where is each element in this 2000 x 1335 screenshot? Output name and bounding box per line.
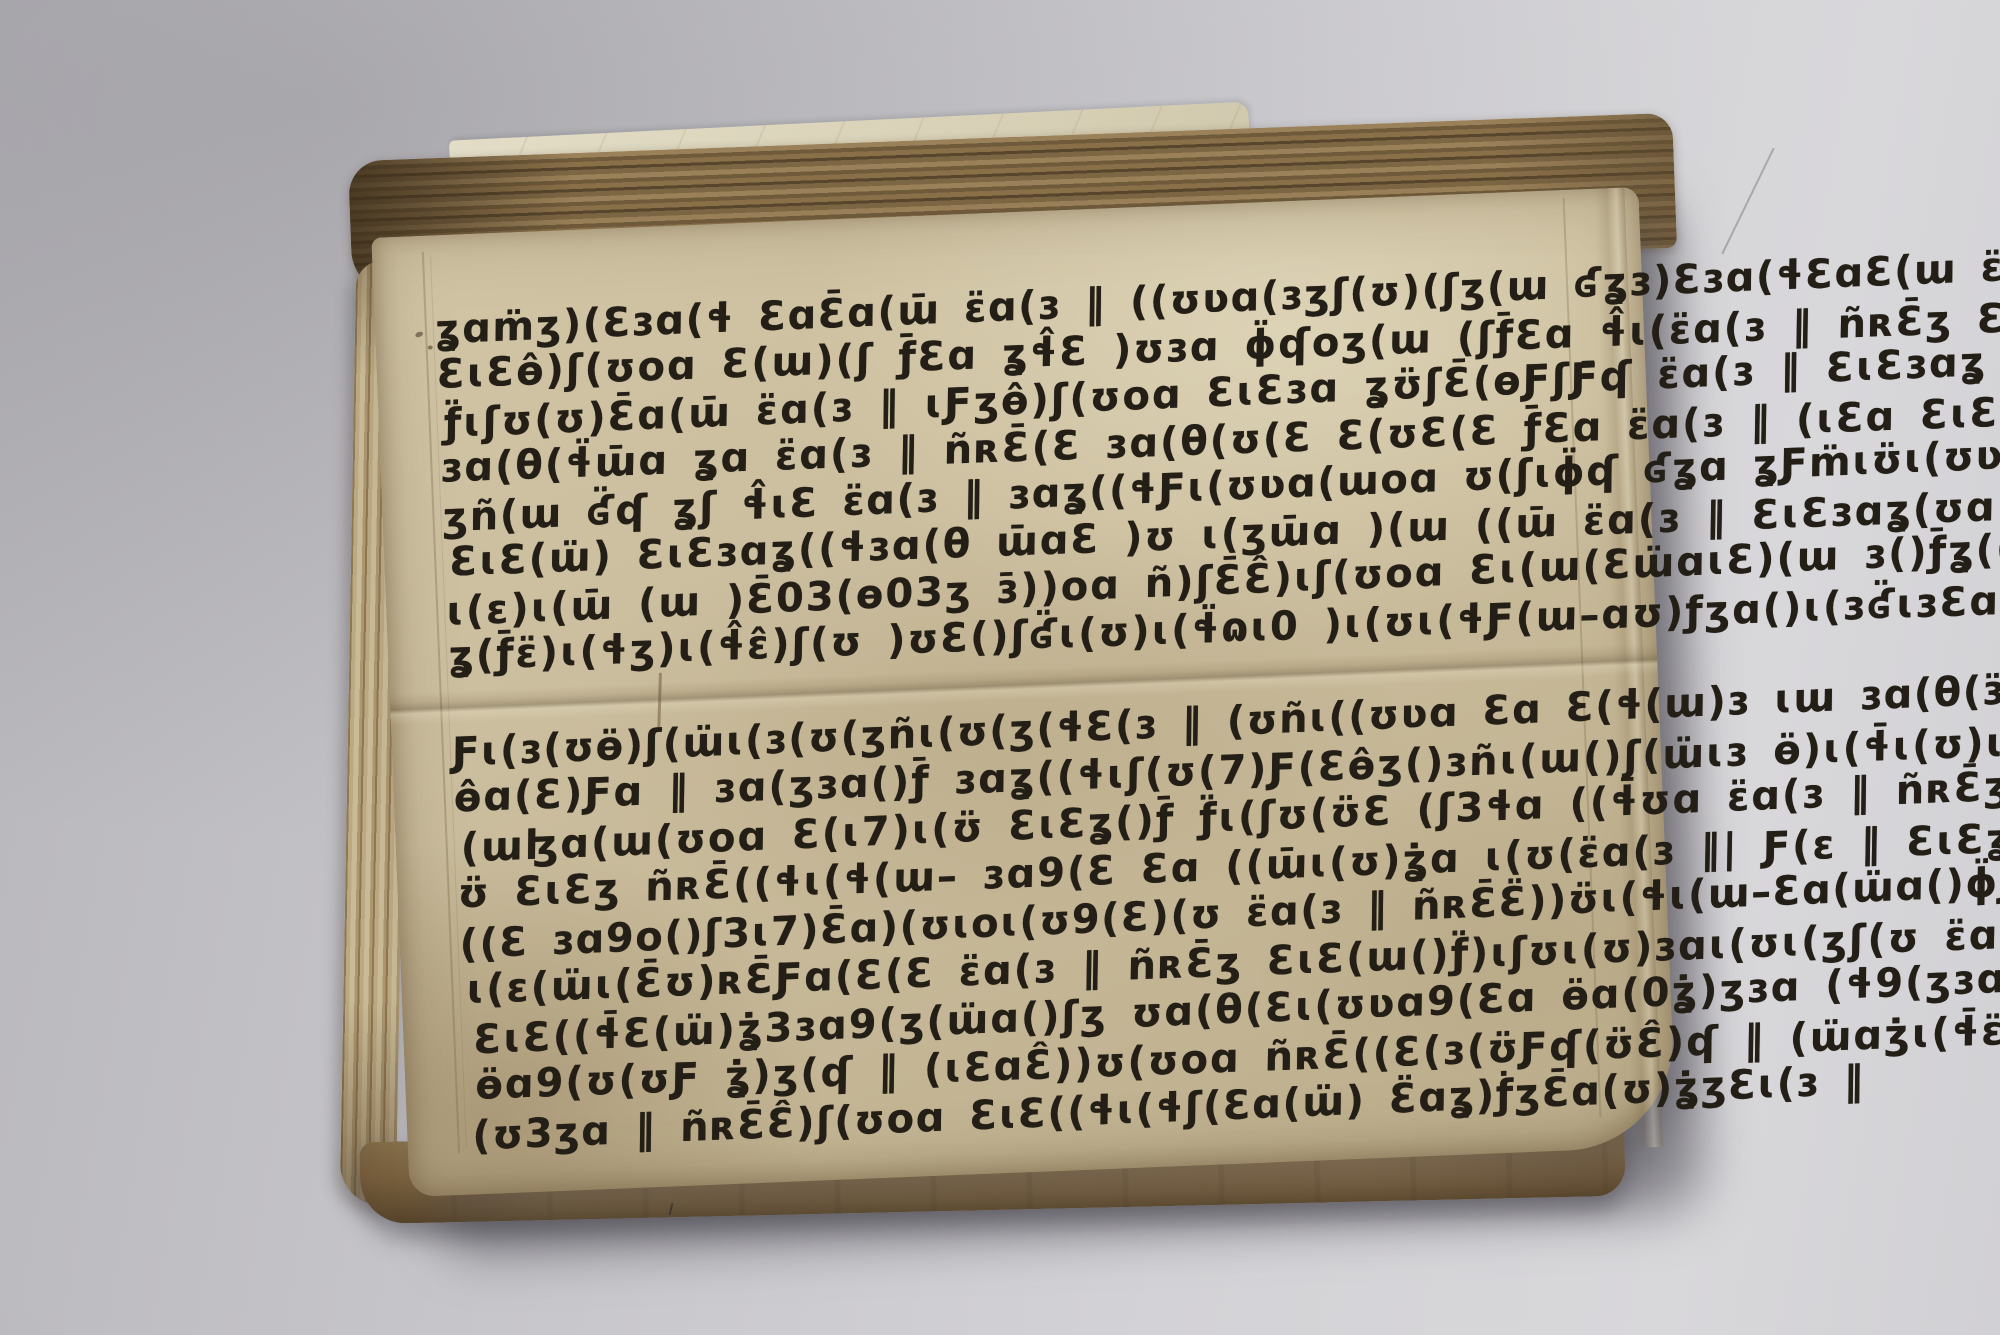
text-block-lower: Ƒɩ(ɜ(ʊɵ̈)ʃ(ɯ̈ɩ(ɜ(ʊ(ʒñɩ(ʊ(ʒ(ɬƐ(ɜ ‖ (ʊñɩ((… bbox=[451, 683, 1622, 1161]
manuscript-book: ʓɑm̈ʒ)(Ɛɜɑ(ɬ ƐɑƐ̄ɑ(ɯ̄ ɛ̈ɑ(ɜ ‖ ((ʊʋɑ(ɜʒʃ(… bbox=[340, 85, 1685, 1250]
ink-speck bbox=[428, 345, 433, 349]
studio-background: ʓɑm̈ʒ)(Ɛɜɑ(ɬ ƐɑƐ̄ɑ(ɯ̄ ɛ̈ɑ(ɜ ‖ ((ʊʋɑ(ɜʒʃ(… bbox=[0, 0, 2000, 1335]
manuscript-page: ʓɑm̈ʒ)(Ɛɜɑ(ɬ ƐɑƐ̄ɑ(ɯ̄ ɛ̈ɑ(ɜ ‖ ((ʊʋɑ(ɜʒʃ(… bbox=[371, 187, 1677, 1197]
ink-speck bbox=[415, 331, 424, 339]
text-block-upper: ʓɑm̈ʒ)(Ɛɜɑ(ɬ ƐɑƐ̄ɑ(ɯ̄ ɛ̈ɑ(ɜ ‖ ((ʊʋɑ(ɜʒʃ(… bbox=[434, 261, 1593, 683]
background-scratch bbox=[1721, 148, 1775, 255]
